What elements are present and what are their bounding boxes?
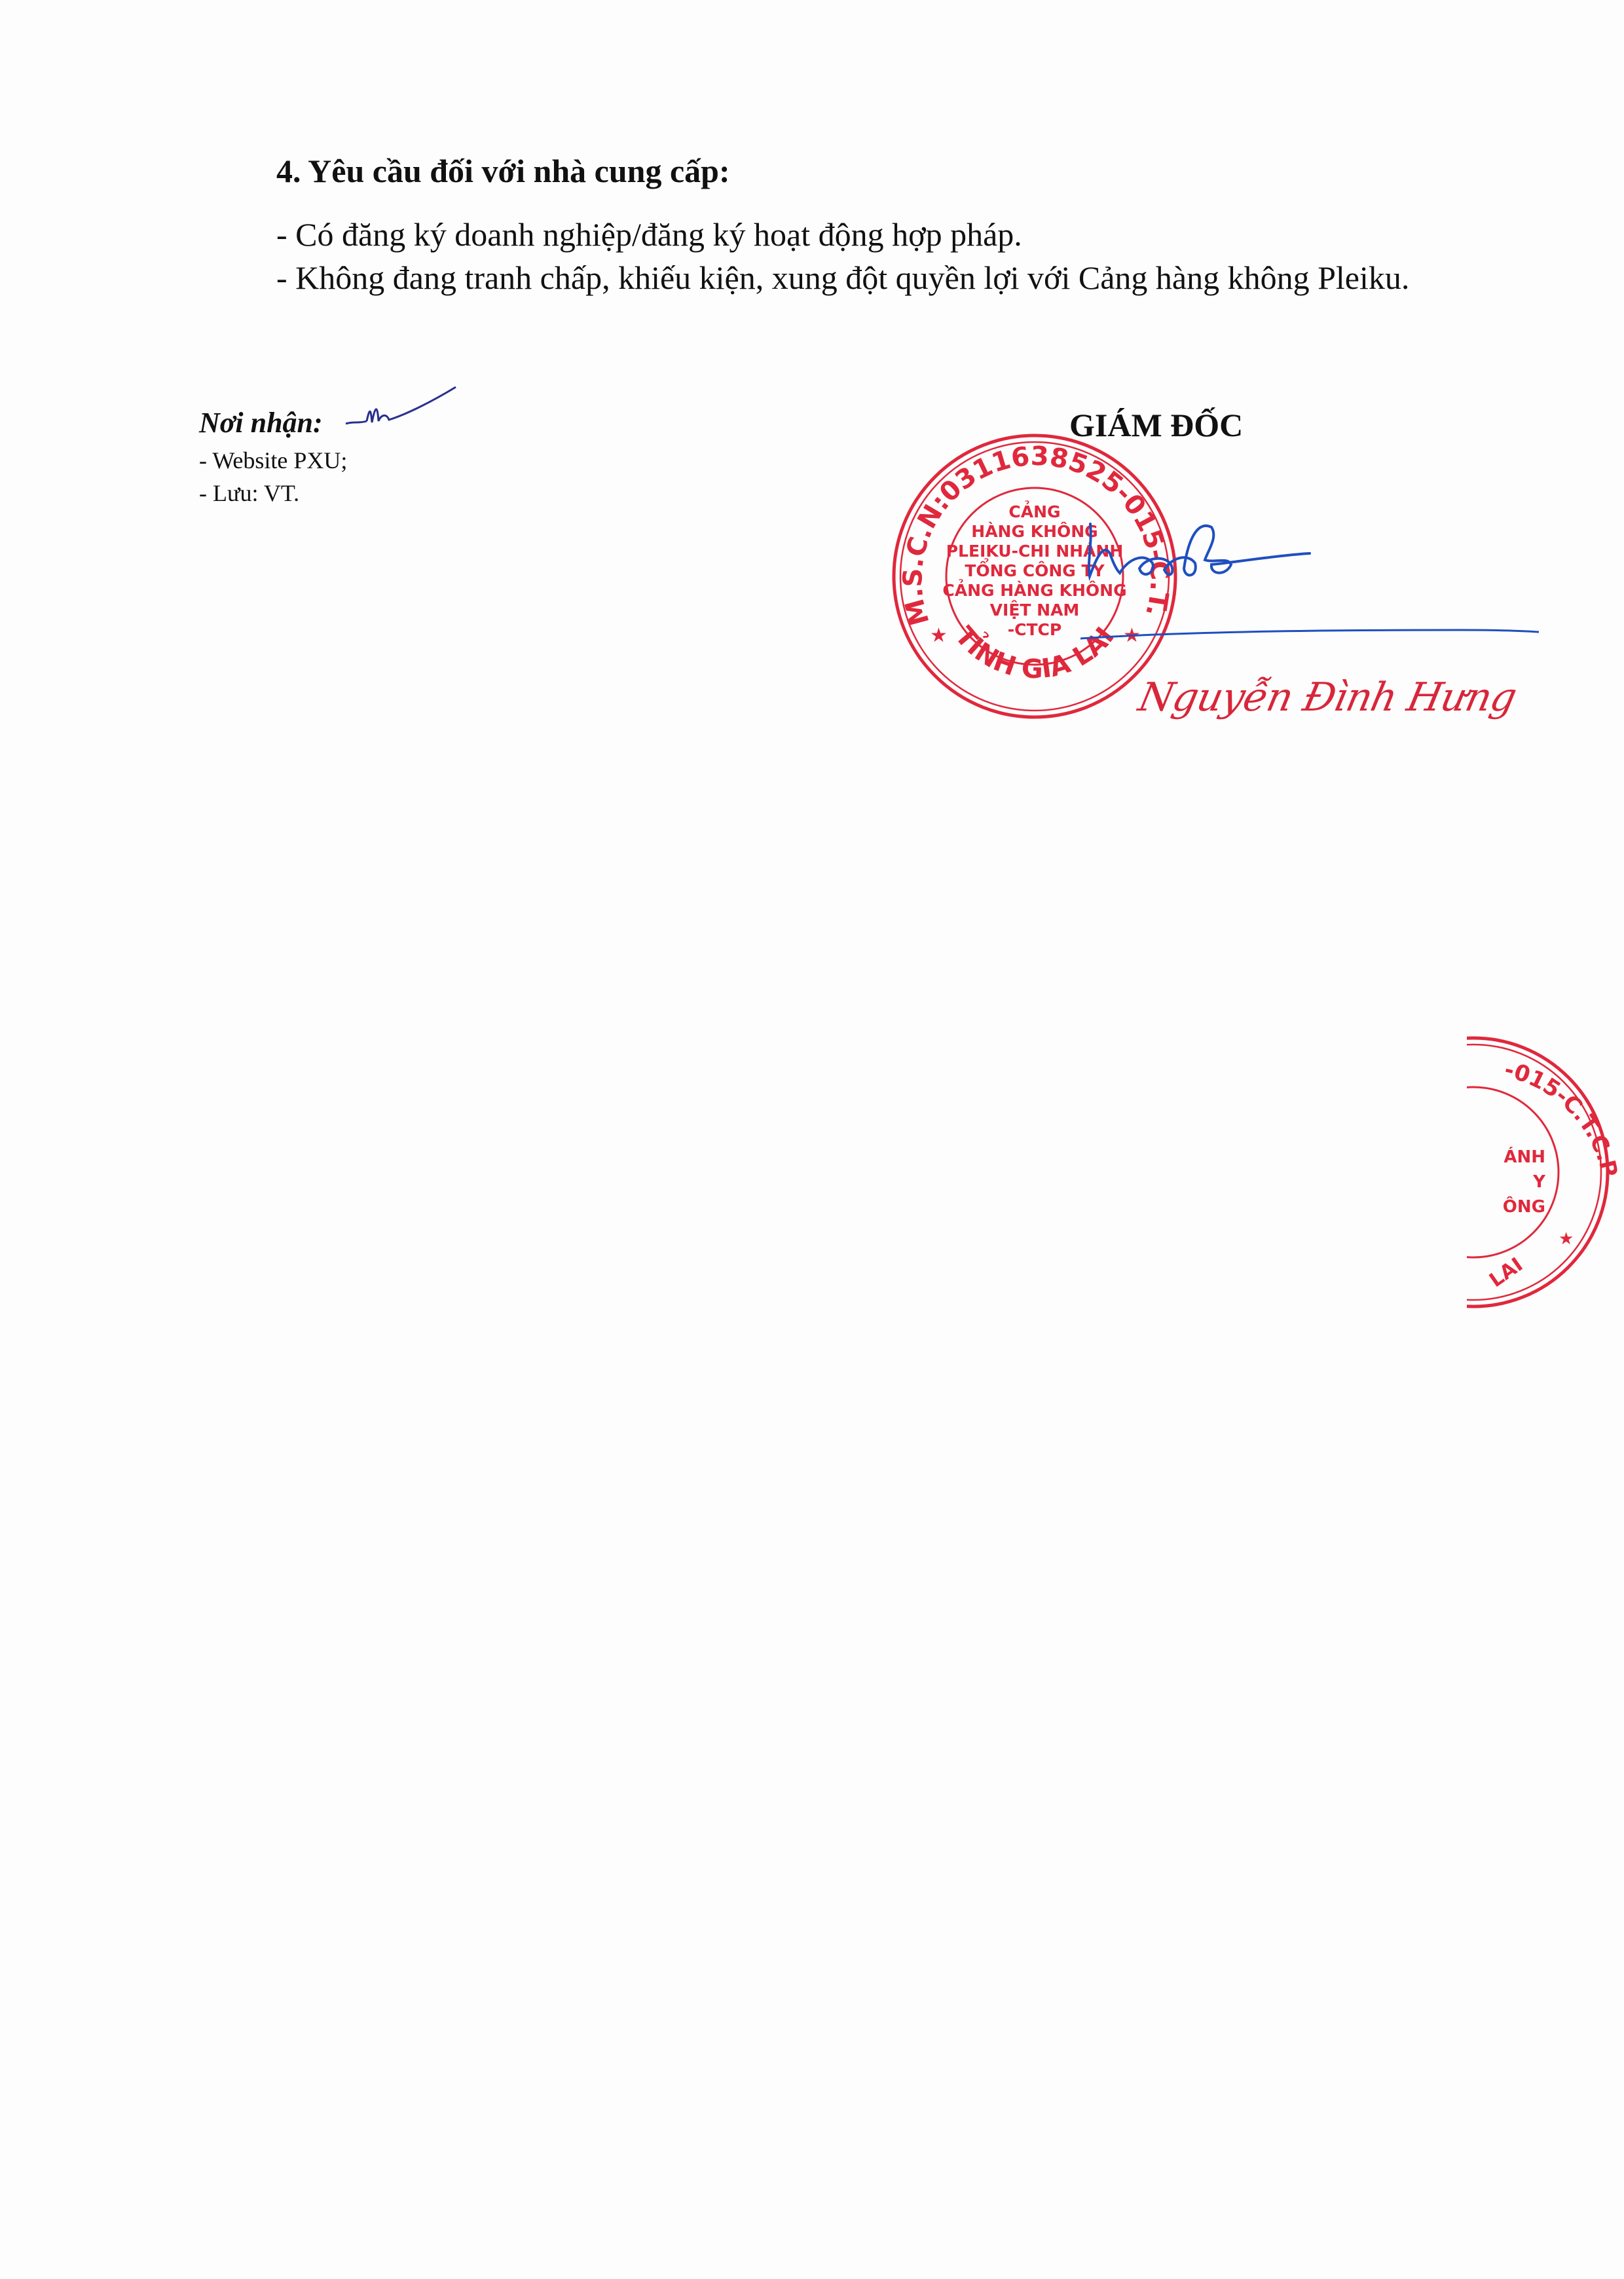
svg-text:★: ★	[1559, 1229, 1574, 1249]
requirement-item-2: - Không đang tranh chấp, khiếu kiện, xun…	[199, 254, 1472, 301]
svg-text:LAI: LAI	[1485, 1253, 1527, 1292]
recipients-block: Nơi nhận: - Website PXU; - Lưu: VT.	[199, 406, 347, 510]
section-heading: 4. Yêu cầu đối với nhà cung cấp:	[276, 152, 730, 190]
document-page: 4. Yêu cầu đối với nhà cung cấp: - Có đă…	[0, 0, 1624, 2279]
recipient-item: - Website PXU;	[199, 444, 347, 477]
svg-text:HÀNG KHÔNG: HÀNG KHÔNG	[971, 521, 1098, 541]
initials-mark-icon	[341, 383, 458, 435]
svg-text:CẢNG: CẢNG	[1008, 500, 1060, 521]
svg-text:ÁNH: ÁNH	[1504, 1146, 1545, 1167]
partial-seal-icon: -015-C.T.C.P ★ LAI ÁNHYÔNG	[1467, 1022, 1624, 1310]
recipients-title: Nơi nhận:	[199, 406, 347, 444]
svg-text:-CTCP: -CTCP	[1008, 620, 1061, 639]
svg-text:★: ★	[930, 624, 948, 647]
requirement-item-1: - Có đăng ký doanh nghiệp/đăng ký hoạt đ…	[276, 211, 1022, 258]
recipient-item: - Lưu: VT.	[199, 477, 347, 510]
signer-name: Nguyễn Đình Hưng	[1135, 675, 1521, 720]
svg-text:ÔNG: ÔNG	[1503, 1196, 1545, 1217]
svg-text:Y: Y	[1532, 1172, 1546, 1192]
svg-text:VIỆT NAM: VIỆT NAM	[990, 600, 1080, 620]
handwritten-signature-icon	[1080, 517, 1539, 668]
